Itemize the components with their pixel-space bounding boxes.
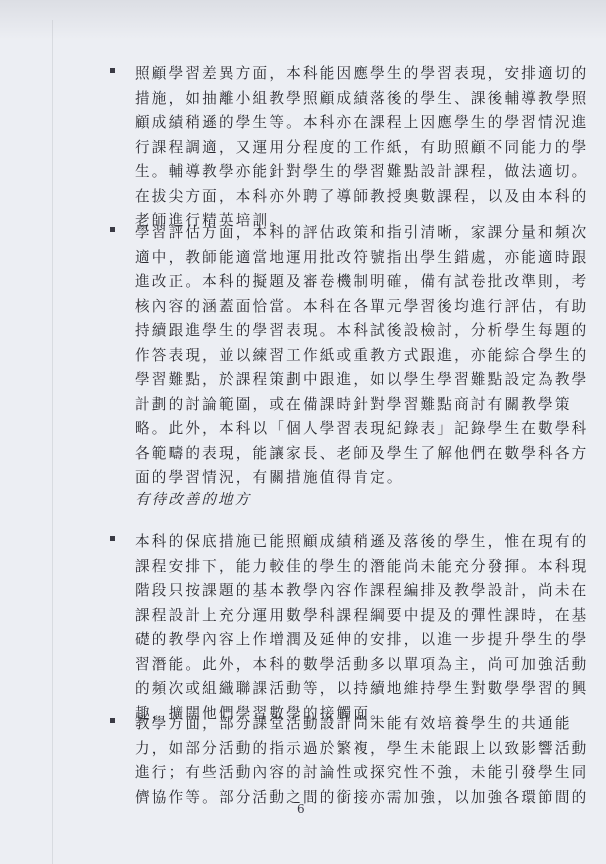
text-line: 計劃的討論範圍，或在備課時針對學習難點商討有關教學策 <box>135 393 553 418</box>
text-line: 學習評估方面，本科的評估政策和指引清晰，家課分量和頻次 <box>135 221 553 246</box>
page-number: 6 <box>297 802 305 816</box>
paragraph: 學習評估方面，本科的評估政策和指引清晰，家課分量和頻次 適中，教師能適當地運用批… <box>135 221 553 491</box>
text-line: 照顧學習差異方面，本科能因應學生的學習表現，安排適切的 <box>135 62 553 87</box>
text-line: 進行；有些活動內容的討論性或探究性不強，未能引發學生同 <box>135 761 553 786</box>
text-line: 面的學習情況，有關措施值得肯定。 <box>135 466 553 491</box>
text-line: 礎的教學內容上作增潤及延伸的安排，以進一步提升學生的學 <box>135 628 553 653</box>
text-line: 核內容的涵蓋面恰當。本科在各單元學習後均進行評估，有助 <box>135 295 553 320</box>
text-line: 的頻次或組織聯課活動等，以持續地維持學生對數學學習的興 <box>135 677 553 702</box>
text-line: 作答表現，並以練習工作紙或重教方式跟進，亦能綜合學生的 <box>135 344 553 369</box>
text-line: 階段只按課題的基本教學內容作課程編排及教學設計，尚未在 <box>135 579 553 604</box>
text-line: 進改正。本科的擬題及審卷機制明確，備有試卷批改準則，考 <box>135 270 553 295</box>
paragraph: 教學方面，部分課堂活動設計尚未能有效培養學生的共通能 力，如部分活動的指示過於繁… <box>135 712 553 810</box>
text-line: 在拔尖方面，本科亦外聘了導師教授奧數課程，以及由本科的 <box>135 185 553 210</box>
text-line: 各範疇的表現，能讓家長、老師及學生了解他們在數學科各方 <box>135 442 553 467</box>
text-line: 顧成績稍遜的學生等。本科亦在課程上因應學生的學習情況進 <box>135 111 553 136</box>
text-line: 行課程調適，又運用分程度的工作紙，有助照顧不同能力的學 <box>135 136 553 161</box>
text-line: 持續跟進學生的學習表現。本科試後設檢討，分析學生每題的 <box>135 319 553 344</box>
text-line: 課程安排下，能力較佳的學生的潛能尚未能充分發揮。本科現 <box>135 555 553 580</box>
text-line: 本科的保底措施已能照顧成績稍遜及落後的學生，惟在現有的 <box>135 530 553 555</box>
text-line: 課程設計上充分運用數學科課程綱要中提及的彈性課時，在基 <box>135 604 553 629</box>
text-line: 習潛能。此外，本科的數學活動多以單項為主，尚可加強活動 <box>135 653 553 678</box>
text-line: 措施，如抽離小組教學照顧成績落後的學生、課後輔導教學照 <box>135 87 553 112</box>
text-line: 力，如部分活動的指示過於繁複，學生未能跟上以致影響活動 <box>135 737 553 762</box>
bullet-icon <box>110 227 115 232</box>
bullet-icon <box>110 718 115 723</box>
text-line: 生。輔導教學亦能針對學生的學習難點設計課程，做法適切。 <box>135 160 553 185</box>
text-line: 略。此外，本科以「個人學習表現紀錄表」記錄學生在數學科 <box>135 417 553 442</box>
bullet-icon <box>110 68 115 73</box>
text-line: 儕協作等。部分活動之間的銜接亦需加強，以加強各環節間的 <box>135 786 553 811</box>
paragraph: 照顧學習差異方面，本科能因應學生的學習表現，安排適切的 措施，如抽離小組教學照顧… <box>135 62 553 234</box>
text-line: 教學方面，部分課堂活動設計尚未能有效培養學生的共通能 <box>135 712 553 737</box>
paragraph: 本科的保底措施已能照顧成績稍遜及落後的學生，惟在現有的 課程安排下，能力較佳的學… <box>135 530 553 726</box>
section-heading: 有待改善的地方 <box>135 488 251 509</box>
page-fold-line <box>52 20 53 864</box>
text-line: 學習難點，於課程策劃中跟進，如以學生學習難點設定為教學 <box>135 368 553 393</box>
text-line: 適中，教師能適當地運用批改符號指出學生錯處，亦能適時跟 <box>135 246 553 271</box>
bullet-icon <box>110 536 115 541</box>
scan-shadow <box>0 0 606 40</box>
